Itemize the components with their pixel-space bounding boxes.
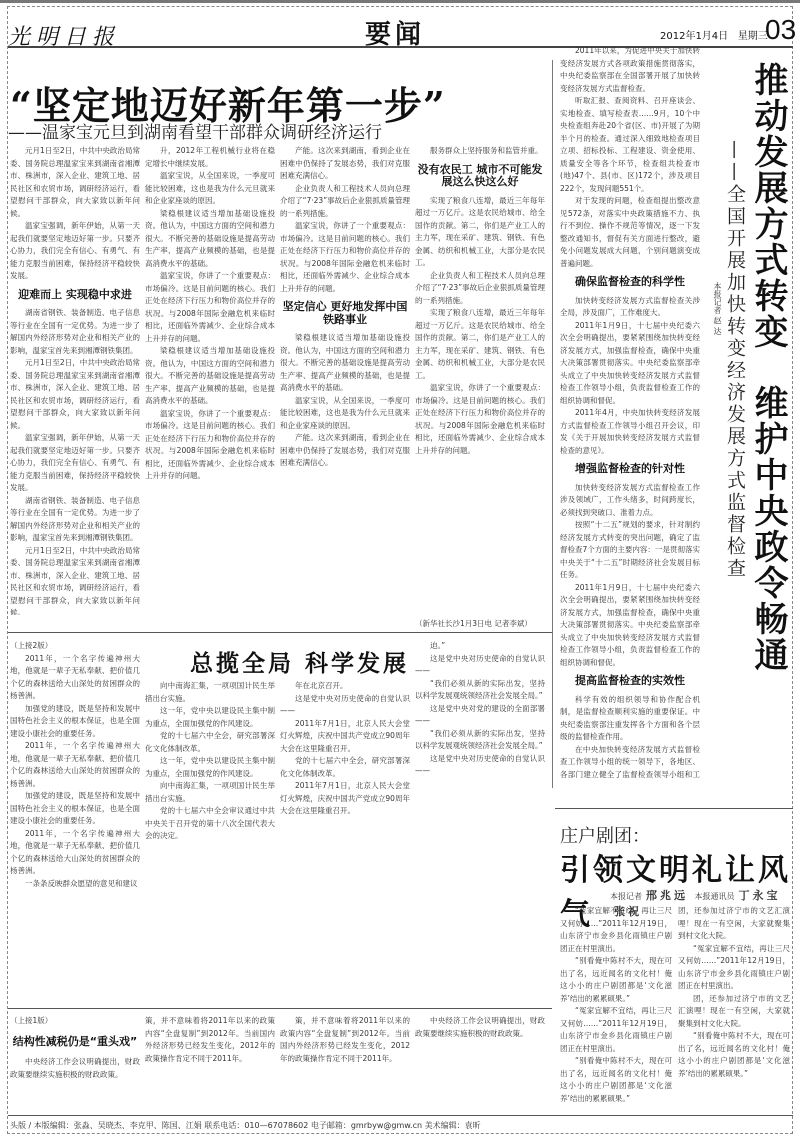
right-byline: 本报记者 赵 达 (712, 282, 723, 335)
reporter-name: 邢兆远 (646, 889, 688, 902)
weekday-text: 星期三 (738, 31, 768, 42)
paragraph: 党的十七届六中全会，研究部署深化文化体制改革。 (280, 755, 410, 780)
paragraph: 实现了粮食八连增，最近三年每年超过一万亿斤。这是农民给城市、给全国作的贡献。第二… (415, 307, 545, 382)
paragraph: 这是党中央对历史使命的自觉认识—— (280, 693, 410, 718)
bottom-right-column-1: “冤家宜解不宜结，再让三尺又何妨……”2011年12月19日，山东济宁市金乡县化… (560, 905, 672, 1115)
right-subhead-3: 提高监督检查的实效性 (560, 675, 700, 688)
paragraph: 温家宝说，从全国来说，一季度可能比较困难，这也是我为什么元旦就来和企业家座谈的原… (145, 170, 275, 208)
paragraph: 团，还参加过济宁市的文艺汇演哩！现在一有空闲，大家就聚集到村文化大院。 (678, 905, 790, 943)
paragraph: 元月1日至2日，中共中央政治局常委、国务院总理温家宝来到湖南省湘潭市、株洲市，深… (10, 545, 140, 616)
lead-column-2: 升，2012年工程机械行业将在稳定增长中继续发展。 温家宝说，从全国来说，一季度… (145, 145, 275, 615)
paragraph: 加强党的建设，既是坚持和发展中国特色社会主义的根本保证，也是全面建设小康社会的重… (10, 790, 140, 828)
paragraph: 2011年1月9日，十七届中央纪委六次全会明确提出，要紧紧围绕加快转变经济发展方… (560, 320, 700, 408)
right-vertical-subtitle: ——全国开展加快转变经济发展方式监督检查 (722, 140, 749, 580)
paragraph: 加快转变经济发展方式监督检查关涉全局，涉及面广，工作难度大。 (560, 295, 700, 320)
date-text: 2012年1月4日 (660, 31, 728, 42)
lead-subhead-1: 迎难而上 实现稳中求进 (10, 289, 140, 302)
lead-subheadline: ——温家宝元旦到湖南看望干部群众调研经济运行 (8, 118, 382, 143)
paragraph: 一条条反映群众愿望的意见和建议 (10, 878, 140, 891)
paragraph: 温家宝说，你讲了一个重要观点：市场偏冷。这是目前问题的核心。我们正处在经济下行压… (145, 270, 275, 345)
bottom-left-headline: 结构性减税仍是“重头戏” (10, 1036, 140, 1049)
lead-column-3: 产能。这次来到湖南，看到企业在困难中仍保持了发展态势，我们对克服困难充满信心。 … (280, 145, 410, 615)
lead-column-4: 服务群众上坚持服务和监管并重。 没有农民工 城市不可能发展这么快这么好 实现了粮… (415, 145, 545, 615)
middle-column-4: 迫。” 这是党中央对历史使命的自觉认识—— “我们必须从新的实际出发，坚持以科学… (415, 640, 545, 1000)
lead-column-1: 元月1日至2日，中共中央政治局常委、国务院总理温家宝来到湖南省湘潭市、株洲市，深… (10, 145, 140, 615)
paragraph: 2011年，一个名字传遍神州大地，他就是一辈子无私奉献、把价值几个亿的森林送给大… (10, 828, 140, 878)
paragraph: 梁稳根建议适当增加基础设施投资。他认为，中国这方面的空间和潜力很大。不断完善的基… (145, 208, 275, 271)
paragraph: 2011年7月1日，北京人民大会堂灯火辉煌，庆祝中国共产党成立90周年大会在这里… (280, 780, 410, 818)
paragraph: 温家宝说，从全国来说，一季度可能比较困难，这也是我为什么元旦就来和企业家座谈的原… (280, 395, 410, 433)
bottom-left-column-1: （上接1版） 结构性减税仍是“重头戏” 中央经济工作会议明确提出，财政政策要继续… (10, 1015, 140, 1115)
reporter-label: 本报通讯员 (695, 892, 735, 901)
paragraph: 中央经济工作会议明确提出，财政政策要继续实施积极的财政政策。 (415, 1015, 545, 1040)
paragraph: 2011年7月1日，北京人民大会堂灯火辉煌，庆祝中国共产党成立90周年大会在这里… (280, 718, 410, 756)
paragraph: 温家宝说，你讲了一个重要观点：市场偏冷。这是目前问题的核心。我们正处在经济下行压… (415, 382, 545, 457)
paragraph: 产能。这次来到湖南，看到企业在困难中仍保持了发展态势，我们对克服困难充满信心。 (280, 432, 410, 470)
paragraph: 中央经济工作会议明确提出，财政政策要继续实施积极的财政政策。 (10, 1056, 140, 1081)
paragraph: “别看俺中陈村不大，现在可出了名，远近闻名的文化村！俺这小小的庄户剧团都是‘文化… (560, 1055, 672, 1105)
paragraph: “别看俺中陈村不大，现在可出了名，远近闻名的文化村！俺这小小的庄户剧团都是‘文化… (678, 1030, 790, 1080)
paragraph: 对于发现的问题，检查组提出整改意见572条，对落实中央政策措施不力、执行不到位、… (560, 195, 700, 270)
reporter-name: 丁永宝 (739, 889, 781, 902)
paragraph: 温家宝强调，新年伊始，从第一天起我们就要坚定地迈好第一步。只要齐心协力，我们完全… (10, 432, 140, 495)
right-story-body: 2011年以来，为促进中央关于加快转变经济发展方式各项政策措施贯彻落实，中央纪委… (560, 45, 700, 780)
paragraph: 梁稳根建议适当增加基础设施投资。他认为，中国这方面的空间和潜力很大。不断完善的基… (145, 345, 275, 408)
bottom-left-column-3: 策，并不意味着将2011年以来的政策内容“全盘复制”到2012年。当前国内外经济… (280, 1015, 410, 1115)
paragraph: 这是党中央对党的建设的全面部署—— (415, 703, 545, 728)
paragraph: 2011年4月，中央加快转变经济发展方式监督检查工作领导小组召开会议，印发《关于… (560, 407, 700, 457)
middle-column-1: （上接2版） 2011年，一个名字传遍神州大地，他就是一辈子无私奉献、把价值几个… (10, 640, 140, 1000)
paragraph: 升，2012年工程机械行业将在稳定增长中继续发展。 (145, 145, 275, 170)
paragraph: 策，并不意味着将2011年以来的政策内容“全盘复制”到2012年。当前国内外经济… (145, 1015, 275, 1065)
paragraph: 元月1日至2日，中共中央政治局常委、国务院总理温家宝来到湖南省湘潭市、株洲市，深… (10, 145, 140, 220)
paragraph: 迫。” (415, 640, 545, 653)
lead-dateline: （新华社长沙1月3日电 记者李斌） (415, 618, 532, 629)
paragraph: 党的十七届六中全会审议通过中共中央关于召开党的第十八次全国代表大会的决定。 (145, 805, 275, 843)
right-subhead-1: 确保监督检查的科学性 (560, 276, 700, 289)
paragraph: “冤家宜解不宜结，再让三尺又何妨……”2011年12月19日，山东济宁市金乡县化… (560, 905, 672, 955)
paragraph: 年在北京召开。 (280, 680, 410, 693)
paragraph: 在中央加快转变经济发展方式监督检查工作领导小组的统一领导下，各地区、各部门建立健… (560, 744, 700, 781)
paragraph: 加强党的建设，既是坚持和发展中国特色社会主义的根本保证，也是全面建设小康社会的重… (10, 703, 140, 741)
paragraph: 2011年，一个名字传遍神州大地，他就是一辈子无私奉献、把价值几个亿的森林送给大… (10, 653, 140, 703)
paragraph: 向中南海汇集，一项项国计民生举措出台实施。 (145, 780, 275, 805)
paragraph: “冤家宜解不宜结，再让三尺又何妨……”2011年12月19日，山东济宁市金乡县化… (678, 943, 790, 993)
right-vertical-title-2: 维护中央政令畅通 (748, 385, 788, 673)
paragraph: 加快转变经济发展方式监督检查工作涉及领域广，工作头绪多，时间跨度长，必须找到突破… (560, 482, 700, 520)
paragraph: 2011年以来，为促进中央关于加快转变经济发展方式各项政策措施贯彻落实，中央纪委… (560, 45, 700, 95)
paragraph: 按照“十二五”规划的要求，针对制约经济发展方式转变的突出问题，确定了监督检查7个… (560, 519, 700, 582)
right-vertical-title-1: 推动发展方式转变 (748, 62, 788, 350)
lead-subhead-3: 没有农民工 城市不可能发展这么快这么好 (415, 164, 545, 189)
reporter-label: 本报记者 (610, 892, 642, 901)
story-divider (8, 632, 552, 633)
paragraph: 湖南省钢铁、装备制造、电子信息等行业在全国有一定优势。为进一步了解国内外经济形势… (10, 307, 140, 357)
paragraph: “我们必须从新的实际出发，坚持以科学发展观统领经济社会发展全局。” (415, 678, 545, 703)
paragraph: 2011年，一个名字传遍神州大地，他就是一辈子无私奉献、把价值几个亿的森林送给大… (10, 740, 140, 790)
paragraph: 这一年，党中央以建设民主集中制为重点，全面加强党的作风建设。 (145, 705, 275, 730)
paragraph: 梁稳根建议适当增加基础设施投资。他认为，中国这方面的空间和潜力很大。不断完善的基… (280, 332, 410, 395)
paragraph: 湖南省钢铁、装备制造、电子信息等行业在全国有一定优势。为进一步了解国内外经济形势… (10, 495, 140, 545)
story-divider (555, 808, 793, 809)
paragraph: 温家宝强调，新年伊始，从第一天起我们就要坚定地迈好第一步。只要齐心协力，我们完全… (10, 220, 140, 283)
middle-headline: 总揽全局 科学发展 (190, 645, 409, 678)
middle-column-3: 年在北京召开。 这是党中央对历史使命的自觉认识—— 2011年7月1日，北京人民… (280, 680, 410, 1000)
top-border (0, 0, 800, 3)
paragraph: “我们必须从新的实际出发，坚持以科学发展观统领经济社会发展全局。” (415, 728, 545, 753)
footer-rule (8, 1115, 793, 1116)
paragraph: “冤家宜解不宜结，再让三尺又何妨……”2011年12月19日，山东济宁市金乡县化… (560, 1005, 672, 1055)
lead-subhead-2: 坚定信心 更好地发挥中国铁路事业 (280, 301, 410, 326)
paragraph: 产能。这次来到湖南，看到企业在困难中仍保持了发展态势，我们对克服困难充满信心。 (280, 145, 410, 183)
paragraph: 2011年1月9日，十七届中央纪委六次全会明确提出，要紧紧围绕加快转变经济发展方… (560, 582, 700, 670)
paragraph: 策，并不意味着将2011年以来的政策内容“全盘复制”到2012年。当前国内外经济… (280, 1015, 410, 1065)
page-footer: 头版 / 本版编辑：张淼、吴晓杰、李克甲、陈国、江娟 联系电话：010—6707… (10, 1120, 481, 1131)
bottom-right-column-2: 团，还参加过济宁市的文艺汇演哩！现在一有空闲，大家就聚集到村文化大院。 “冤家宜… (678, 905, 790, 1115)
bottom-left-column-2: 策，并不意味着将2011年以来的政策内容“全盘复制”到2012年。当前国内外经济… (145, 1015, 275, 1115)
paragraph: 企业负责人和工程技术人员向总理介绍了“7·23”事故后企业狠抓质量管理的一系列措… (280, 183, 410, 221)
column-divider (552, 60, 553, 788)
paragraph: 服务群众上坚持服务和监管并重。 (415, 145, 545, 158)
middle-column-2: 向中南海汇集，一项项国计民生举措出台实施。 这一年，党中央以建设民主集中制为重点… (145, 680, 275, 1000)
paragraph: 团，还参加过济宁市的文艺汇演哩！现在一有空闲，大家就聚集到村文化大院。 (678, 993, 790, 1031)
paragraph: 这一年，党中央以建设民主集中制为重点，全面加强党的作风建设。 (145, 755, 275, 780)
paragraph: 温家宝说，你讲了一个重要观点：市场偏冷。这是目前问题的核心。我们正处在经济下行压… (280, 220, 410, 295)
paragraph: 向中南海汇集，一项项国计民生举措出台实施。 (145, 680, 275, 705)
right-subhead-2: 增强监督检查的针对性 (560, 463, 700, 476)
continued-label: （上接1版） (10, 1015, 140, 1028)
paragraph: 实现了粮食八连增，最近三年每年超过一万亿斤。这是农民给城市、给全国作的贡献。第二… (415, 195, 545, 270)
paragraph: 党的十七届六中全会，研究部署深化文化体制改革。 (145, 730, 275, 755)
paragraph: “别看俺中陈村不大，现在可出了名，远近闻名的文化村！俺这小小的庄户剧团都是‘文化… (560, 955, 672, 1005)
paragraph: 这是党中央对历史使命的自觉认识—— (415, 753, 545, 778)
paragraph: 企业负责人和工程技术人员向总理介绍了“7·23”事故后企业狠抓质量管理的一系列措… (415, 270, 545, 308)
paragraph: 这是党中央对历史使命的自觉认识—— (415, 653, 545, 678)
paragraph: 元月1日至2日，中共中央政治局常委、国务院总理温家宝来到湖南省湘潭市、株洲市，深… (10, 357, 140, 432)
issue-date: 2012年1月4日 星期三 (660, 27, 768, 42)
bottom-left-column-4: 中央经济工作会议明确提出，财政政策要继续实施积极的财政政策。 (415, 1015, 545, 1115)
paragraph: 听取汇报、查阅资料、召开座谈会、实地检查、填写检查表……9月，10个中央检查组奔… (560, 95, 700, 195)
continued-label: （上接2版） (10, 640, 140, 653)
paragraph: 温家宝说，你讲了一个重要观点：市场偏冷。这是目前问题的核心。我们正处在经济下行压… (145, 408, 275, 483)
story-divider (8, 1008, 552, 1009)
paragraph: 科学有效的组织领导和协作配合机制，是监督检查顺利实施的重要保证。中央纪委监察部注… (560, 694, 700, 744)
page-number: 03 (765, 14, 796, 46)
